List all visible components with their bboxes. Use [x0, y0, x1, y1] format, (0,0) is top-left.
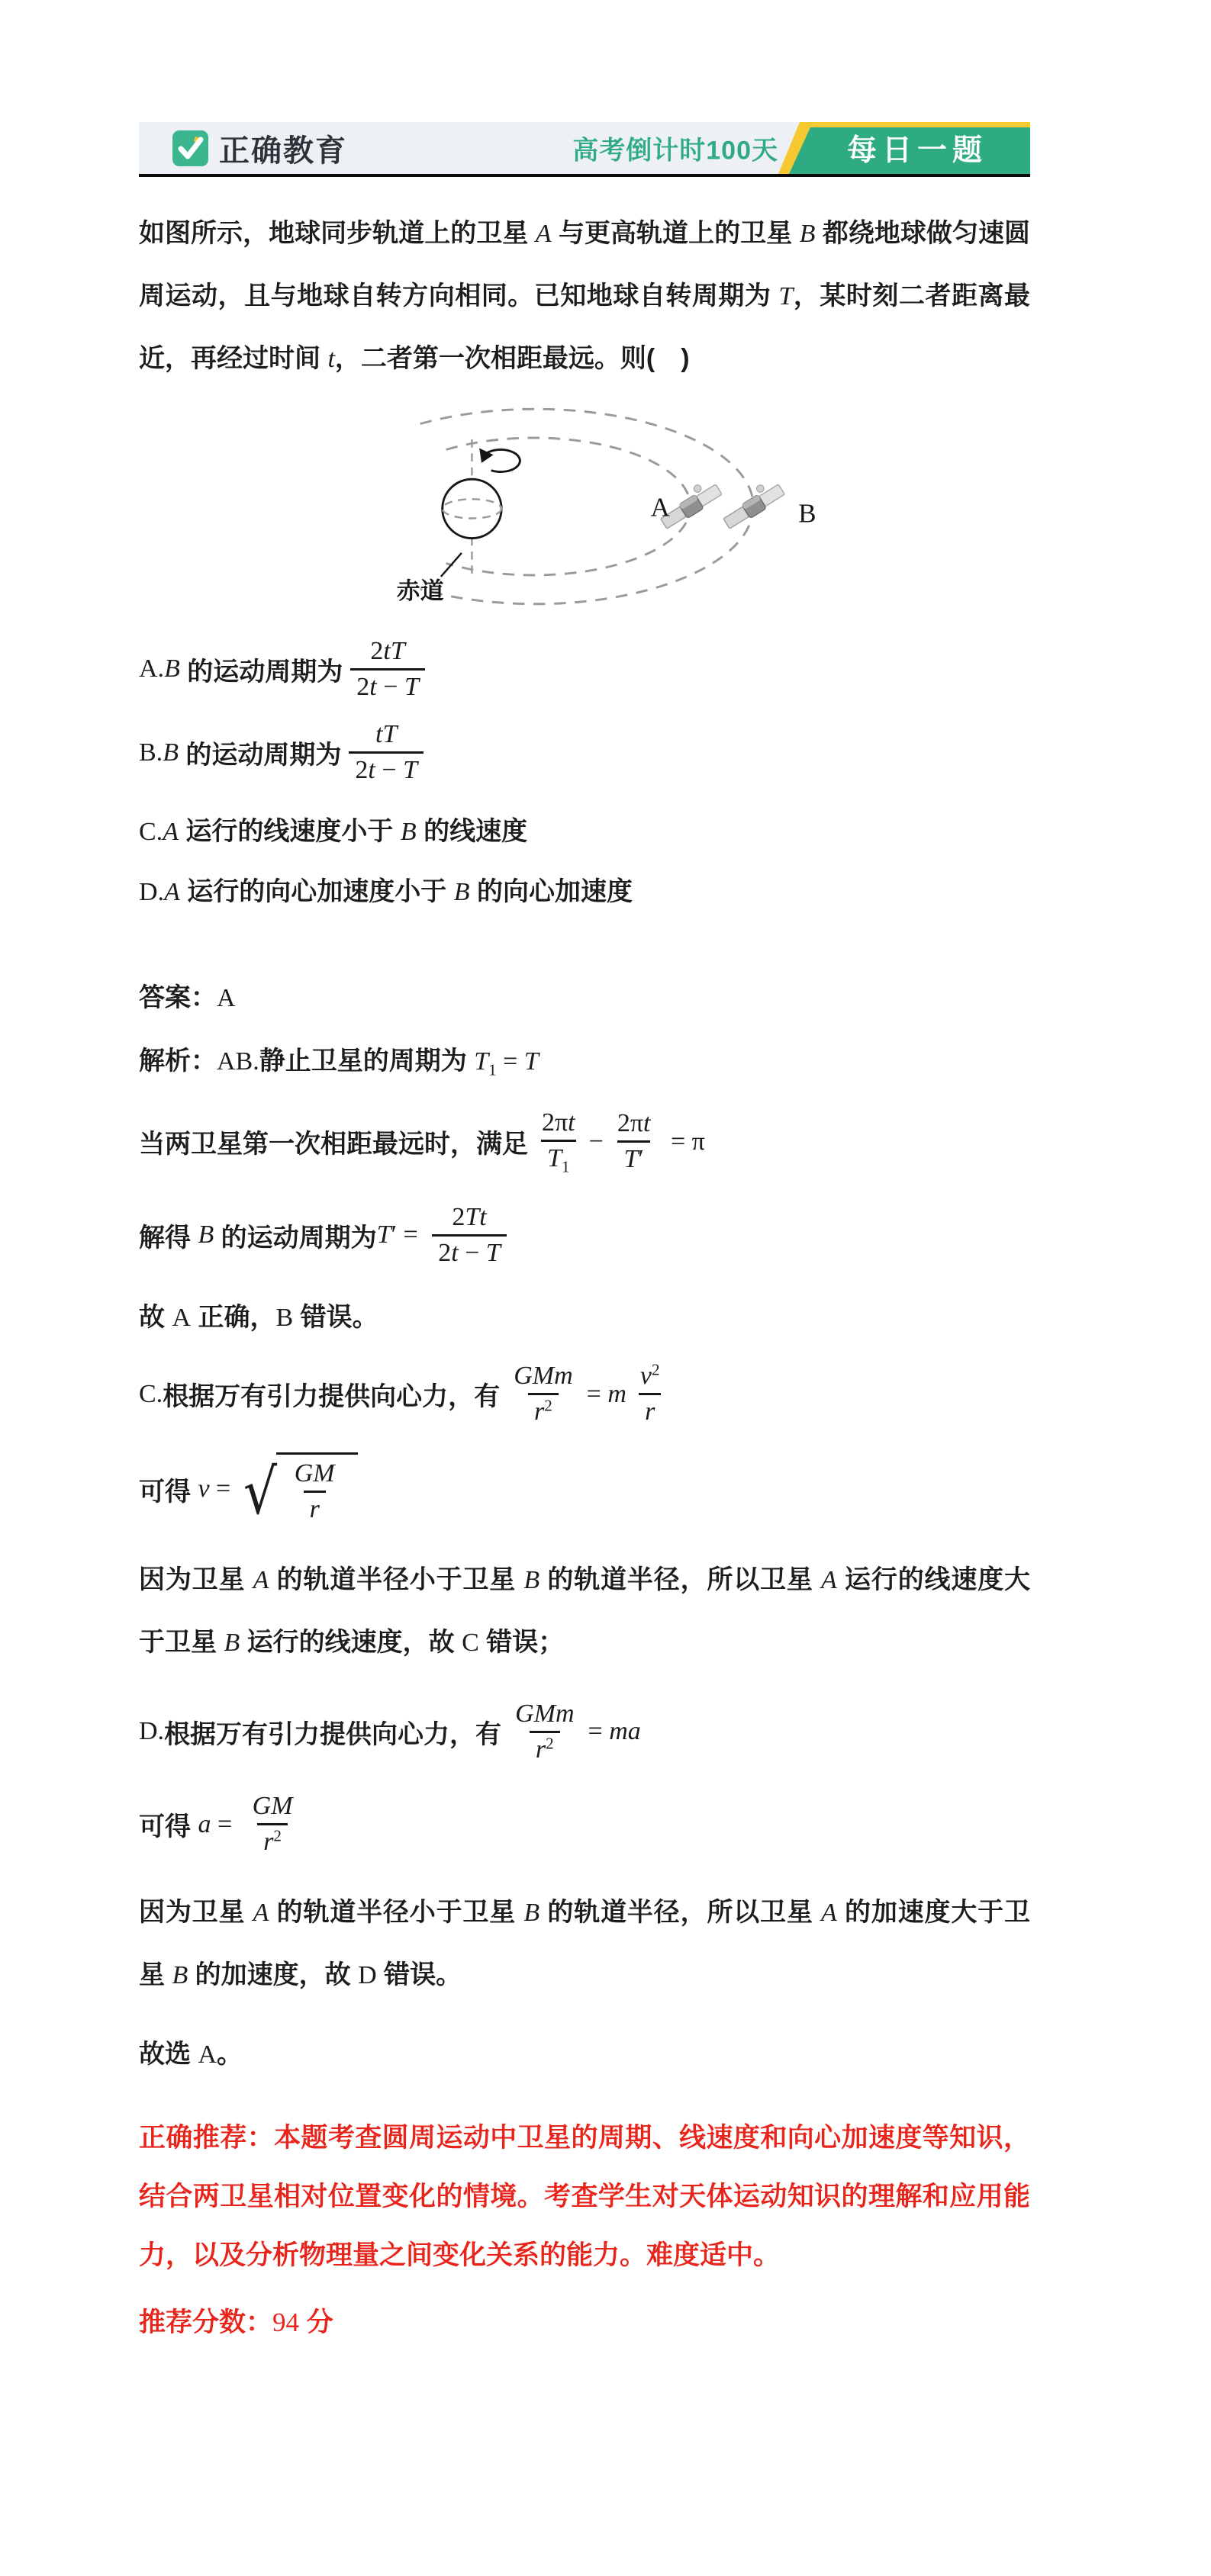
page: 正确教育 高考倒计时100天 每日一题 如图所示，地球同步轨道上的卫星 A 与更… — [0, 0, 1211, 2340]
option-b: B.B 的运动周期为tT2t − T — [139, 718, 1030, 787]
analysis-c-force: C.根据万有引力提供向心力，有GMmr2= mv2r — [139, 1359, 1030, 1429]
satellite-a-label: A — [651, 492, 670, 522]
analysis-d-force: D.根据万有引力提供向心力，有GMmr2= ma — [139, 1697, 1030, 1767]
option-a: A.B 的运动周期为2tT2t − T — [139, 635, 1030, 704]
content-column: 正确教育 高考倒计时100天 每日一题 如图所示，地球同步轨道上的卫星 A 与更… — [139, 122, 1030, 2340]
analysis-d-acceleration: 可得 a = GMr2 — [139, 1790, 1030, 1859]
analysis-c-reason: 因为卫星 A 的轨道半径小于卫星 B 的轨道半径，所以卫星 A 运行的线速度大于… — [139, 1549, 1030, 1674]
badge-label: 每日一题 — [847, 127, 987, 169]
satellite-b-icon — [718, 476, 786, 530]
header-bar: 正确教育 高考倒计时100天 每日一题 — [139, 122, 1030, 174]
equator-label: 赤道 — [397, 577, 444, 604]
daily-question-badge: 每日一题 — [774, 122, 1030, 174]
analysis-equation-far: 当两卫星第一次相距最远时，满足2πtT1−2πtT′ = π — [139, 1106, 1030, 1178]
orbit-diagram-svg: 赤道 A B — [368, 392, 871, 621]
earth — [443, 479, 501, 538]
recommendation-block: 正确推荐：本题考查圆周运动中卫星的周期、线速度和向心加速度等知识，结合两卫星相对… — [139, 2108, 1030, 2340]
equator-pointer — [441, 553, 462, 577]
check-icon — [172, 130, 208, 166]
option-d: D.A 运行的向心加速度小于 B 的向心加速度 — [139, 870, 1030, 908]
option-c: C.A 运行的线速度小于 B 的线速度 — [139, 810, 1030, 847]
analysis-c-velocity: 可得 v = √GMr — [139, 1452, 1030, 1526]
analysis-d-reason: 因为卫星 A 的轨道半径小于卫星 B 的轨道半径，所以卫星 A 的加速度大于卫星… — [139, 1882, 1030, 2007]
recommendation-text: 正确推荐：本题考查圆周运动中卫星的周期、线速度和向心加速度等知识，结合两卫星相对… — [139, 2108, 1030, 2285]
header-divider — [139, 174, 1030, 177]
question-stem: 如图所示，地球同步轨道上的卫星 A 与更高轨道上的卫星 B 都绕地球做匀速圆周运… — [139, 203, 1030, 391]
analysis-period-solve: 解得 B 的运动周期为T′ = 2Tt2t − T — [139, 1201, 1030, 1270]
final-choice: 故选 A。 — [139, 2033, 1030, 2070]
analysis-intro: 解析：AB.静止卫星的周期为 T1 = T — [139, 1040, 1030, 1079]
recommendation-score: 推荐分数：94 分 — [139, 2301, 1030, 2340]
satellite-b-label: B — [798, 498, 816, 528]
analysis-ab-conclusion: 故 A 正确，B 错误。 — [139, 1296, 1030, 1333]
countdown-text: 高考倒计时100天 — [572, 130, 778, 167]
orbit-diagram: 赤道 A B — [368, 392, 871, 621]
answer-line: 答案：A — [139, 976, 1030, 1014]
brand: 正确教育 — [172, 127, 347, 170]
brand-name: 正确教育 — [219, 127, 347, 170]
